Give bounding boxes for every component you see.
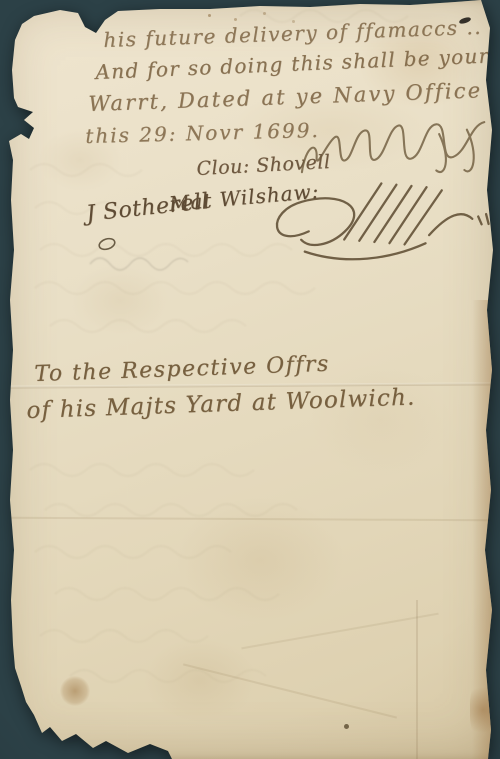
paper-sheet: his future delivery of ffamaccs .. And f… [0,0,500,759]
signature-flourish-lower [246,162,500,270]
manuscript-page: his future delivery of ffamaccs .. And f… [0,0,500,759]
photo-background: his future delivery of ffamaccs .. And f… [0,0,500,759]
ink-mark [96,236,118,252]
